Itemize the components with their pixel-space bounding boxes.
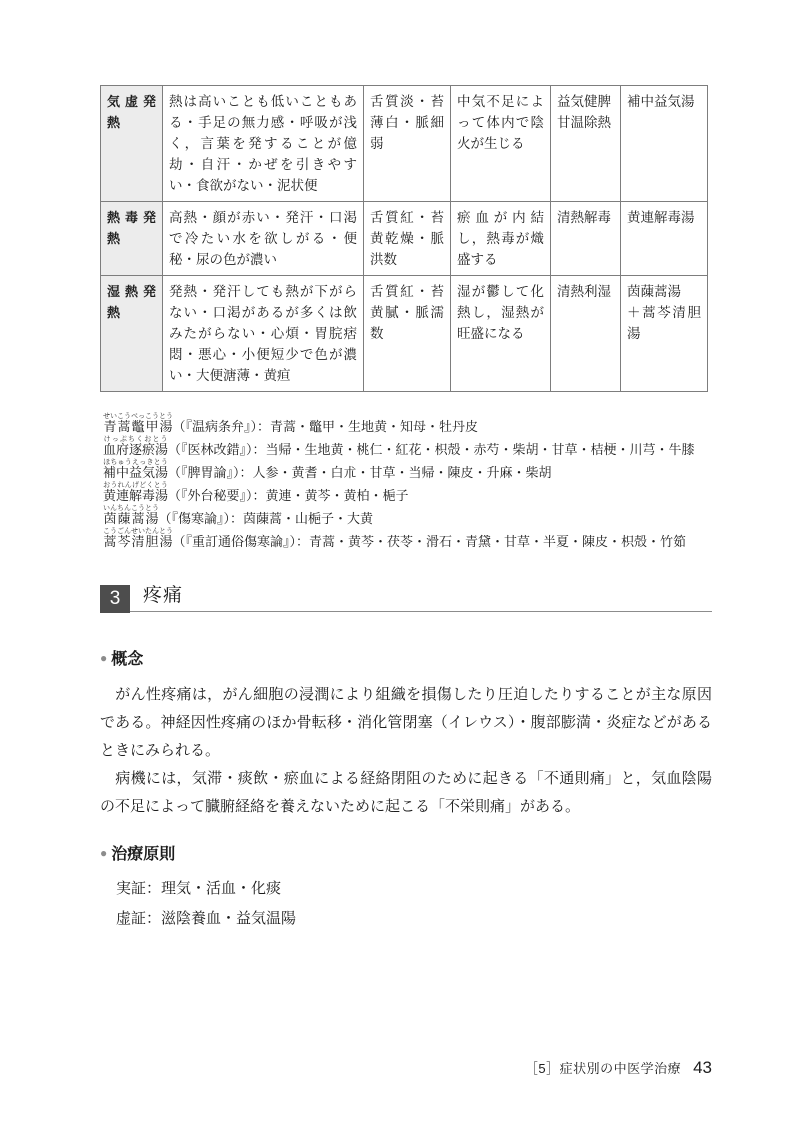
footer-page-number: 43 bbox=[693, 1058, 712, 1078]
concept-heading-label: 概念 bbox=[111, 646, 143, 669]
principle-item-deficiency: 虚証：滋陰養血・益気温陽 bbox=[116, 904, 712, 934]
formula-detail: （『温病条弁』）：青蒿・鼈甲・生地黄・知母・牡丹皮 bbox=[173, 419, 479, 434]
principle-cell: 益気健脾 甘温除熱 bbox=[551, 86, 621, 202]
formula-detail: （『外台秘要』）：黄連・黄芩・黄柏・梔子 bbox=[168, 488, 409, 503]
footer-chapter-title: ［5］症状別の中医学治療 bbox=[525, 1058, 681, 1077]
treatment-principles-list: 実証：理気・活血・化痰 虚証：滋陰養血・益気温陽 bbox=[116, 874, 712, 934]
section-title: 疼痛 bbox=[143, 580, 183, 611]
mechanism-cell: 湿が鬱して化熱し，湿熱が旺盛になる bbox=[451, 276, 551, 392]
formula-line: 血府逐瘀湯けっぷちくおとう（『医林改錯』）：当帰・生地黄・桃仁・紅花・枳殻・赤芍… bbox=[103, 435, 712, 458]
formula-line: 茵蔯蒿湯いんちんこうとう（『傷寒論』）：茵蔯蒿・山梔子・大黄 bbox=[103, 504, 712, 527]
formula-line: 黄連解毒湯おうれんげどくとう（『外台秘要』）：黄連・黄芩・黄柏・梔子 bbox=[103, 481, 712, 504]
formula-cell: 黄連解毒湯 bbox=[621, 202, 708, 276]
treatment-principles-heading-label: 治療原則 bbox=[111, 841, 175, 864]
pattern-cell: 気虚発熱 bbox=[101, 86, 163, 202]
formula-line: 蒿芩清胆湯こうごんせいたんとう（『重訂通俗傷寒論』）：青蒿・黄芩・茯苓・滑石・青… bbox=[103, 527, 712, 550]
formula-furigana: けっぷちくおとう bbox=[103, 435, 168, 443]
table-row-qi-deficiency-fever: 気虚発熱 熱は高いことも低いこともある・手足の無力感・呼吸が浅く，言葉を発するこ… bbox=[101, 86, 708, 202]
table-row-damp-heat-fever: 湿熱発熱 発熱・発汗しても熱が下がらない・口渇があるが多くは飲みたがらない・心煩… bbox=[101, 276, 708, 392]
formula-name: 血府逐瘀湯けっぷちくおとう bbox=[103, 442, 168, 457]
formula-furigana: おうれんげどくとう bbox=[103, 481, 168, 489]
concept-heading: ● 概念 bbox=[100, 646, 712, 669]
tongue-pulse-cell: 舌質淡・苔薄白・脈細弱 bbox=[364, 86, 451, 202]
principle-item-excess: 実証：理気・活血・化痰 bbox=[116, 874, 712, 904]
formula-detail: （『傷寒論』）：茵蔯蒿・山梔子・大黄 bbox=[159, 511, 374, 526]
bullet-icon: ● bbox=[100, 651, 107, 665]
formula-line: 青蒿鼈甲湯せいこうべっこうとう（『温病条弁』）：青蒿・鼈甲・生地黄・知母・牡丹皮 bbox=[103, 412, 712, 435]
formula-furigana: ほちゅうえっきとう bbox=[103, 458, 168, 466]
document-page: 気虚発熱 熱は高いことも低いこともある・手足の無力感・呼吸が浅く，言葉を発するこ… bbox=[0, 0, 800, 1129]
formula-name: 青蒿鼈甲湯せいこうべっこうとう bbox=[103, 419, 173, 434]
page-content: 気虚発熱 熱は高いことも低いこともある・手足の無力感・呼吸が浅く，言葉を発するこ… bbox=[100, 85, 712, 934]
formula-name: 茵蔯蒿湯いんちんこうとう bbox=[103, 511, 159, 526]
concept-paragraph-2: 病機には，気滞・痰飲・瘀血による経絡閉阻のために起きる「不通則痛」と，気血陰陽の… bbox=[100, 765, 712, 821]
bullet-icon: ● bbox=[100, 846, 107, 860]
formula-cell: 補中益気湯 bbox=[621, 86, 708, 202]
symptoms-cell: 熱は高いことも低いこともある・手足の無力感・呼吸が浅く，言葉を発することが億劫・… bbox=[163, 86, 364, 202]
formula-detail: （『医林改錯』）：当帰・生地黄・桃仁・紅花・枳殻・赤芍・柴胡・甘草・桔梗・川芎・… bbox=[168, 442, 695, 457]
table-row-heat-toxin-fever: 熱毒発熱 高熱・顔が赤い・発汗・口渇で冷たい水を欲しがる・便秘・尿の色が濃い 舌… bbox=[101, 202, 708, 276]
formula-name: 補中益気湯ほちゅうえっきとう bbox=[103, 465, 168, 480]
concept-paragraph-1: がん性疼痛は，がん細胞の浸潤により組織を損傷したり圧迫したりすることが主な原因で… bbox=[100, 681, 712, 765]
formula-line: 補中益気湯ほちゅうえっきとう（『脾胃論』）：人参・黄耆・白朮・甘草・当帰・陳皮・… bbox=[103, 458, 712, 481]
formula-name: 黄連解毒湯おうれんげどくとう bbox=[103, 488, 168, 503]
section-header-pain: 3 疼痛 bbox=[100, 582, 712, 612]
concept-body: がん性疼痛は，がん細胞の浸潤により組織を損傷したり圧迫したりすることが主な原因で… bbox=[100, 681, 712, 821]
formula-name: 蒿芩清胆湯こうごんせいたんとう bbox=[103, 534, 173, 549]
principle-cell: 清熱解毒 bbox=[551, 202, 621, 276]
symptoms-cell: 発熱・発汗しても熱が下がらない・口渇があるが多くは飲みたがらない・心煩・胃脘痞悶… bbox=[163, 276, 364, 392]
pattern-cell: 湿熱発熱 bbox=[101, 276, 163, 392]
page-footer: ［5］症状別の中医学治療 43 bbox=[525, 1058, 712, 1078]
tongue-pulse-cell: 舌質紅・苔黄膩・脈濡数 bbox=[364, 276, 451, 392]
mechanism-cell: 瘀血が内結し，熱毒が熾盛する bbox=[451, 202, 551, 276]
section-number: 3 bbox=[100, 585, 130, 613]
formula-detail: （『脾胃論』）：人参・黄耆・白朮・甘草・当帰・陳皮・升麻・柴胡 bbox=[168, 465, 552, 480]
formula-furigana: いんちんこうとう bbox=[103, 504, 159, 512]
tongue-pulse-cell: 舌質紅・苔黄乾燥・脈洪数 bbox=[364, 202, 451, 276]
treatment-principles-heading: ● 治療原則 bbox=[100, 841, 712, 864]
formula-detail: （『重訂通俗傷寒論』）：青蒿・黄芩・茯苓・滑石・青黛・甘草・半夏・陳皮・枳殻・竹… bbox=[173, 534, 687, 549]
formula-reference-list: 青蒿鼈甲湯せいこうべっこうとう（『温病条弁』）：青蒿・鼈甲・生地黄・知母・牡丹皮… bbox=[103, 412, 712, 550]
formula-furigana: せいこうべっこうとう bbox=[103, 412, 173, 420]
mechanism-cell: 中気不足によって体内で陰火が生じる bbox=[451, 86, 551, 202]
pattern-cell: 熱毒発熱 bbox=[101, 202, 163, 276]
principle-cell: 清熱利湿 bbox=[551, 276, 621, 392]
formula-furigana: こうごんせいたんとう bbox=[103, 527, 173, 535]
formula-cell: 茵蔯蒿湯 ＋蒿芩清胆湯 bbox=[621, 276, 708, 392]
fever-patterns-table: 気虚発熱 熱は高いことも低いこともある・手足の無力感・呼吸が浅く，言葉を発するこ… bbox=[100, 85, 708, 392]
symptoms-cell: 高熱・顔が赤い・発汗・口渇で冷たい水を欲しがる・便秘・尿の色が濃い bbox=[163, 202, 364, 276]
